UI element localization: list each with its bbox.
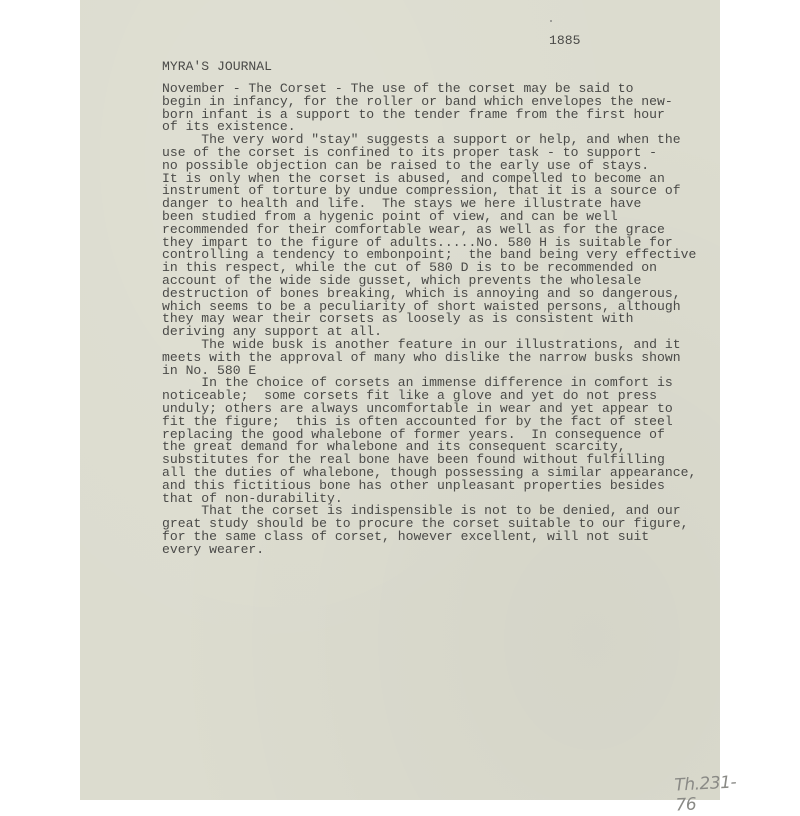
archive-catalog-mark: Th.231-76	[674, 772, 738, 800]
document-body: November - The Corset - The use of the c…	[162, 83, 696, 556]
document-year: 1885	[549, 33, 580, 48]
document-title: MYRA'S JOURNAL	[162, 59, 272, 74]
paper-speck	[550, 20, 552, 22]
body-line: every wearer.	[162, 544, 696, 557]
document-page: 1885 MYRA'S JOURNAL November - The Corse…	[80, 0, 720, 800]
